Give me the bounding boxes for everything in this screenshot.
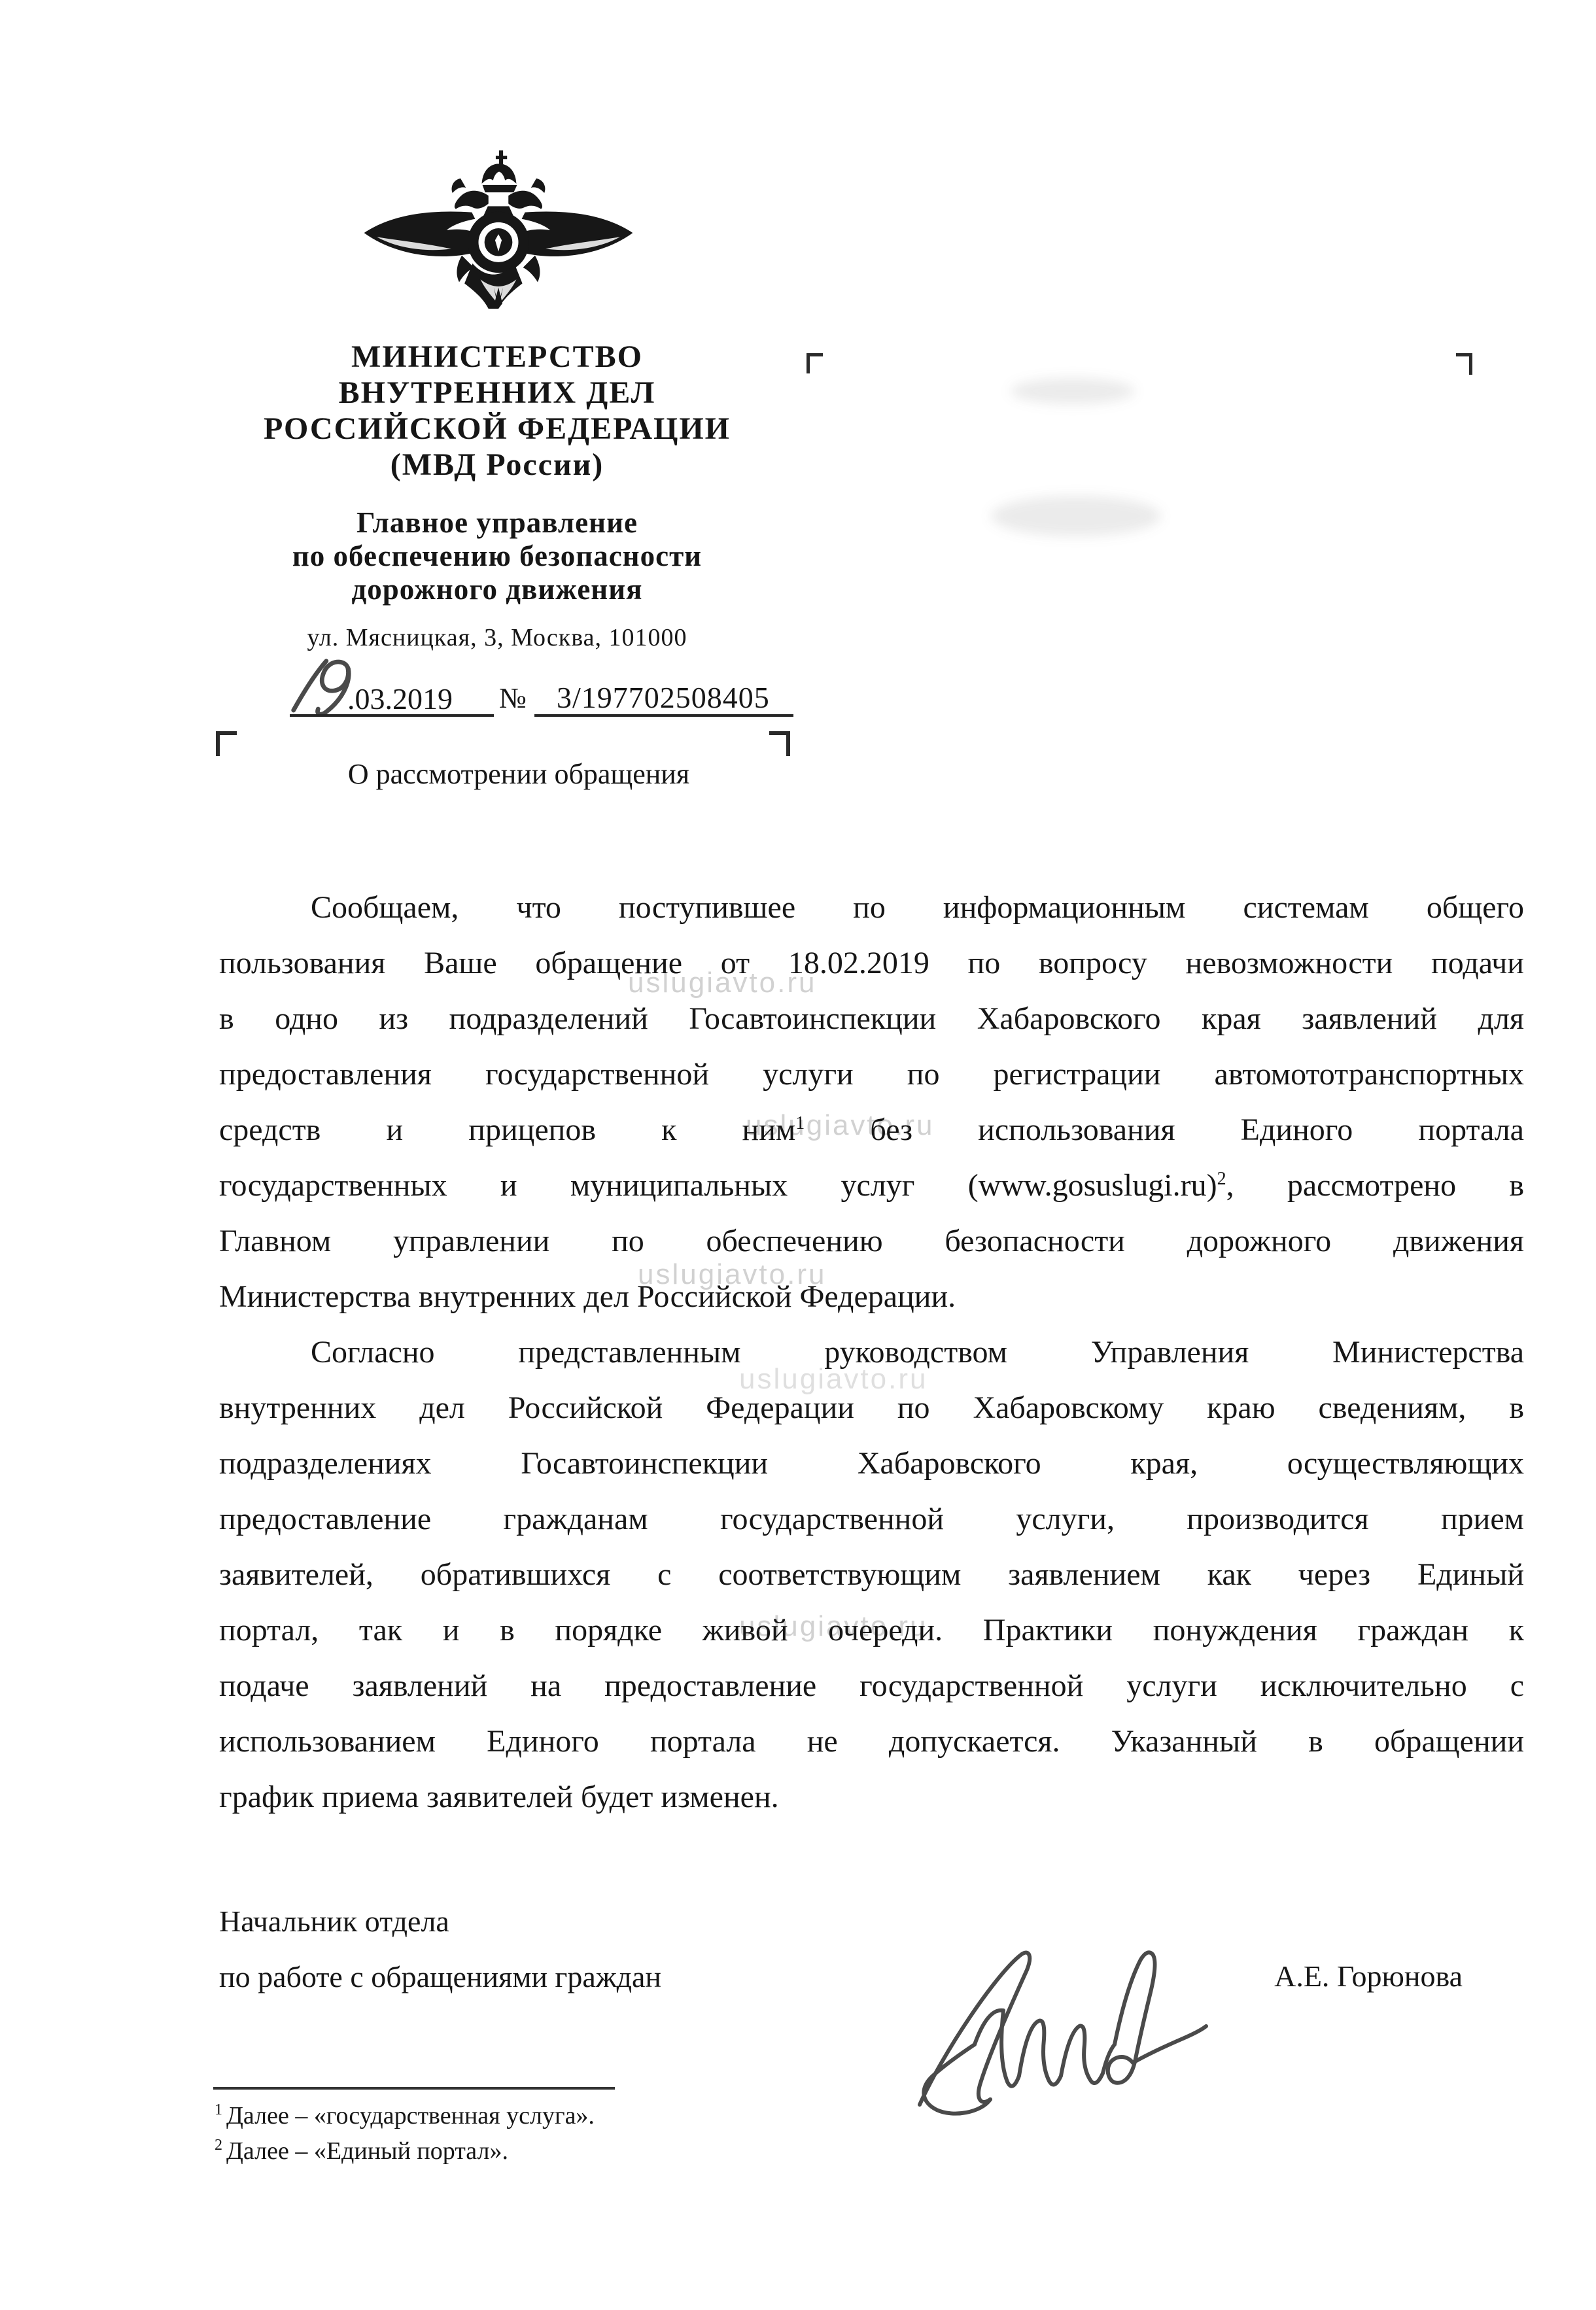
signer-title-line: по работе с обращениями граждан [219, 1960, 661, 1994]
body-line: график приема заявителей будет изменен. [219, 1769, 1524, 1825]
signer-name: А.Е. Горюнова [1177, 1959, 1463, 1993]
body-line: подразделениях Госавтоинспекции Хабаровс… [219, 1436, 1524, 1491]
corner-mark-recipient-right [1456, 353, 1472, 375]
body-line: Согласно представленным руководством Упр… [219, 1324, 1524, 1380]
outgoing-number: 3/197702508405 [557, 680, 770, 715]
signer-title-line: Начальник отдела [219, 1905, 449, 1939]
mvd-eagle-emblem-icon [361, 149, 636, 309]
department-line: Главное управление [203, 506, 791, 540]
scanned-letter-page: МИНИСТЕРСТВО ВНУТРЕННИХ ДЕЛ РОССИЙСКОЙ Ф… [0, 0, 1596, 2310]
body-line: предоставление гражданам государственной… [219, 1491, 1524, 1547]
body-line: Главном управлении по обеспечению безопа… [219, 1213, 1524, 1269]
body-line: пользования Ваше обращение от 18.02.2019… [219, 935, 1524, 991]
date-underline [290, 714, 494, 717]
body-line: Министерства внутренних дел Российской Ф… [219, 1269, 1524, 1324]
footnotes: 1Далее – «государственная услуга». 2Дале… [215, 2098, 595, 2169]
body-line: предоставления государственной услуги по… [219, 1046, 1524, 1102]
body-line: использованием Единого портала не допуск… [219, 1714, 1524, 1769]
body-line: заявителей, обратившихся с соответствующ… [219, 1547, 1524, 1602]
body-line: государственных и муниципальных услуг (w… [219, 1158, 1524, 1213]
letterhead: МИНИСТЕРСТВО ВНУТРЕННИХ ДЕЛ РОССИЙСКОЙ Ф… [203, 339, 791, 652]
subject-line: О рассмотрении обращения [228, 757, 810, 791]
corner-mark-recipient-left [807, 353, 823, 373]
ministry-name-line: МИНИСТЕРСТВО [203, 339, 791, 375]
letter-body: Сообщаем, что поступившее по информацион… [219, 880, 1524, 1825]
handwritten-signature [911, 1948, 1211, 2123]
department-line: по обеспечению безопасности [203, 540, 791, 573]
number-underline [534, 714, 793, 717]
body-line: подаче заявлений на предоставление госуд… [219, 1658, 1524, 1714]
department-line: дорожного движения [203, 573, 791, 606]
body-line: портал, так и в порядке живой очереди. П… [219, 1602, 1524, 1658]
ministry-short-name: (МВД России) [203, 447, 791, 483]
footnote-divider [213, 2087, 615, 2090]
postal-address: ул. Мясницкая, 3, Москва, 101000 [203, 623, 791, 652]
body-line: в одно из подразделений Госавтоинспекции… [219, 991, 1524, 1046]
corner-mark-subject-right [769, 731, 790, 756]
footnote-1: 1Далее – «государственная услуга». [215, 2098, 595, 2133]
number-sign: № [499, 681, 527, 715]
ministry-name-line: ВНУТРЕННИХ ДЕЛ [203, 375, 791, 411]
footnote-ref-2: 2 [1217, 1169, 1226, 1189]
date-printed-part: .03.2019 [347, 681, 453, 716]
corner-mark-subject-left [216, 731, 237, 756]
ministry-name-line: РОССИЙСКОЙ ФЕДЕРАЦИИ [203, 411, 791, 447]
scan-smudge [991, 496, 1161, 536]
body-line: Сообщаем, что поступившее по информацион… [219, 880, 1524, 935]
body-line: внутренних дел Российской Федерации по Х… [219, 1380, 1524, 1436]
scan-smudge [1011, 378, 1135, 404]
body-line: средств и прицепов к ним1 без использова… [219, 1102, 1524, 1158]
footnote-ref-1: 1 [795, 1113, 805, 1133]
footnote-2: 2Далее – «Единый портал». [215, 2133, 595, 2169]
